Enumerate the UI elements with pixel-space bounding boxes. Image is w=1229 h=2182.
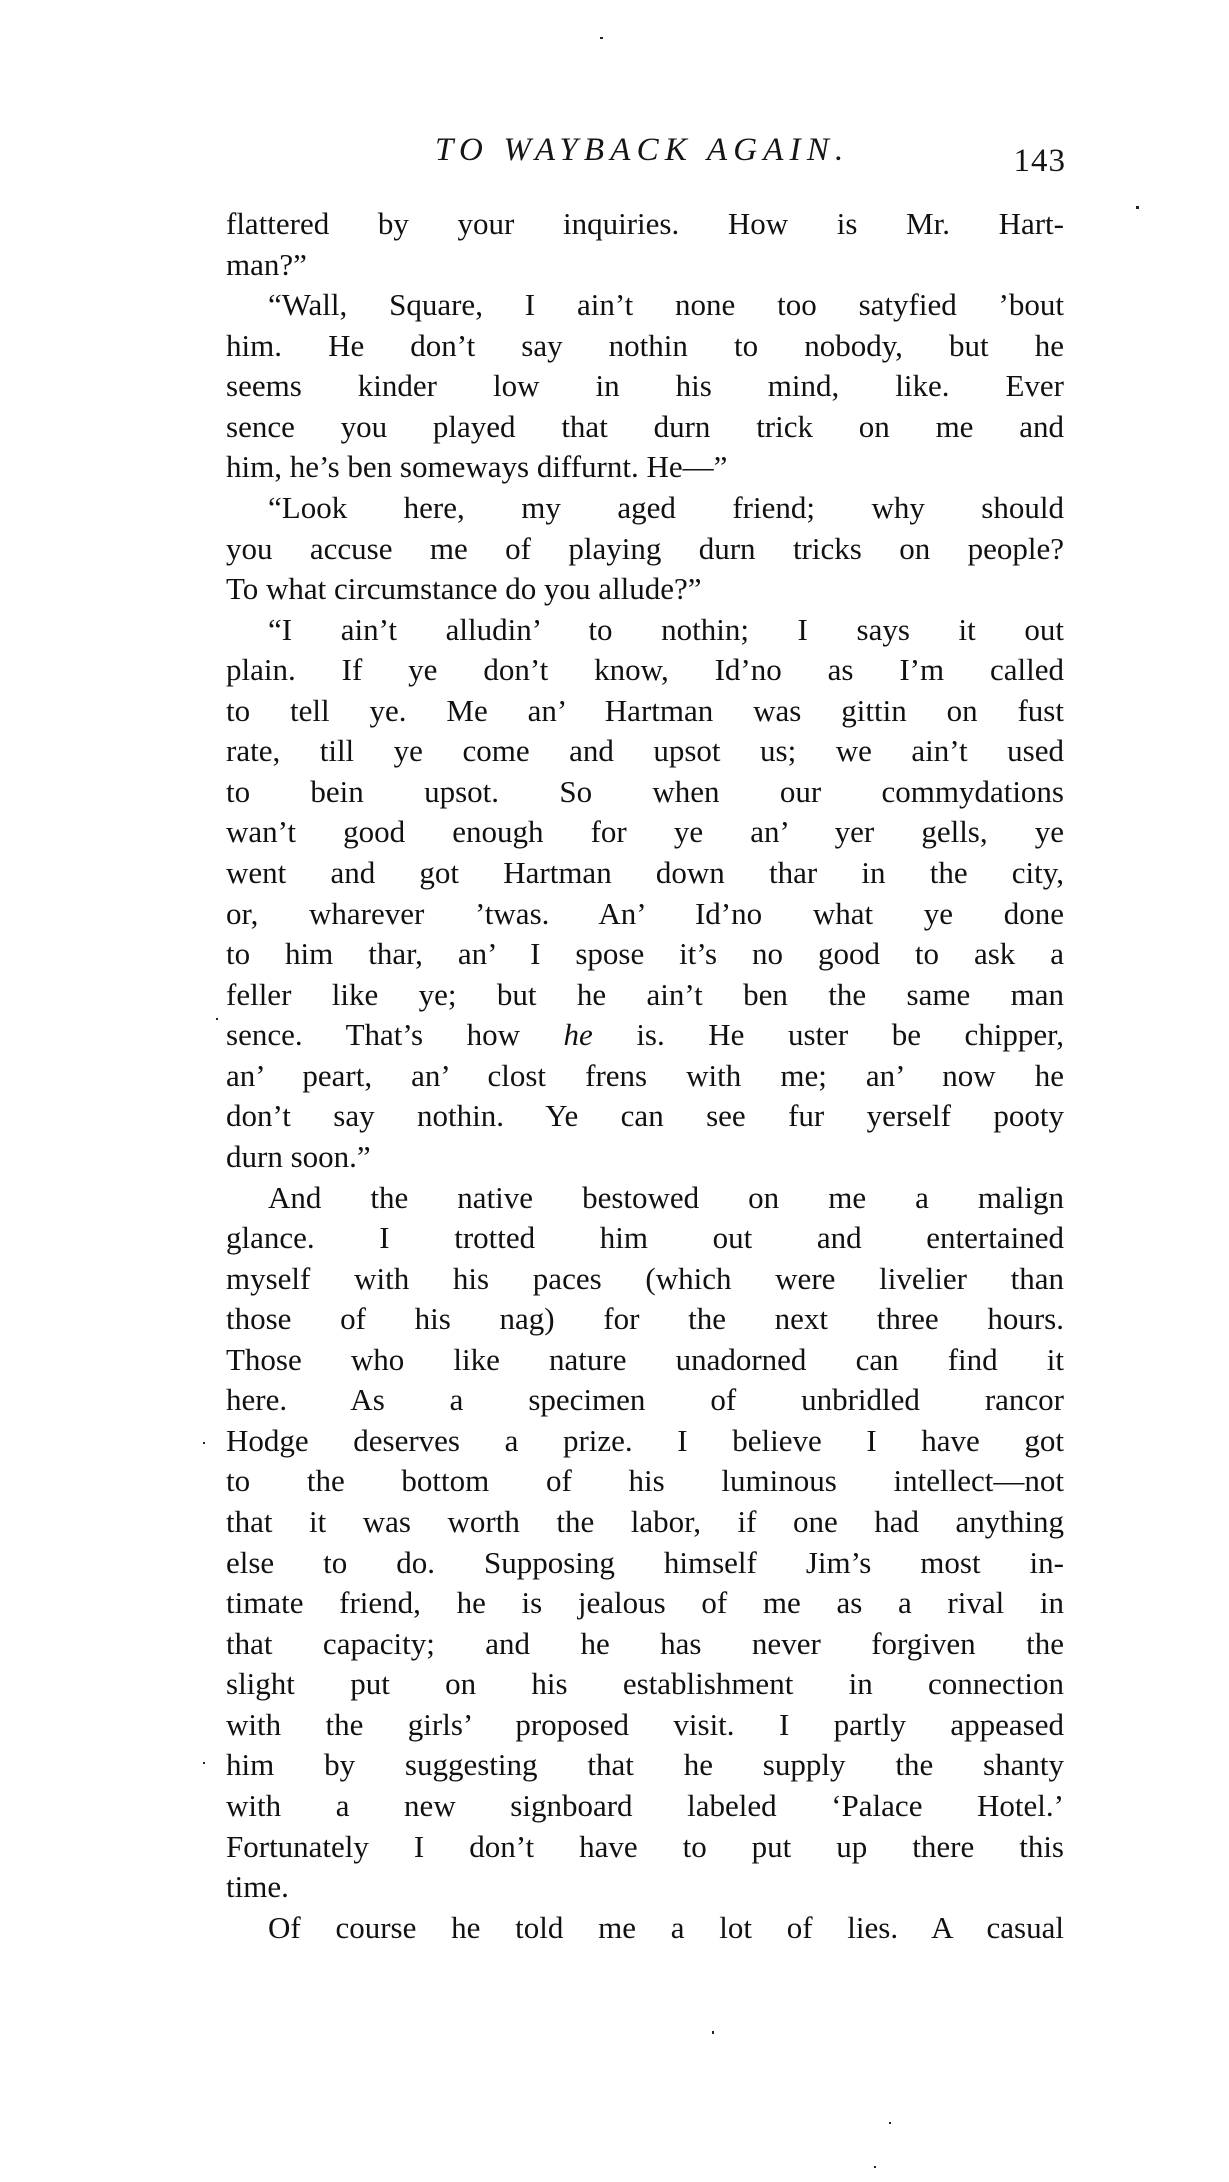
text-line: timate friend, he is jealous of me as a … (226, 1583, 1064, 1624)
text-line: to tell ye. Me an’ Hartman was gittin on… (226, 691, 1064, 732)
running-head: TO WAYBACK AGAIN. (435, 128, 860, 172)
text-line: To what circumstance do you allude?” (226, 569, 1064, 610)
text-line: Hodge deserves a prize. I believe I have… (226, 1421, 1064, 1462)
text-line: to bein upsot. So when our commydations (226, 772, 1064, 813)
text-line: you accuse me of playing durn tricks on … (226, 529, 1064, 570)
text-line: myself with his paces (which were liveli… (226, 1259, 1064, 1300)
text-line: And the native bestowed on me a malign (226, 1178, 1064, 1219)
text-line: or, wharever ’twas. An’ Id’no what ye do… (226, 894, 1064, 935)
text-line: sence you played that durn trick on me a… (226, 407, 1064, 448)
page-number: 143 (1004, 138, 1066, 184)
text-line: rate, till ye come and upsot us; we ain’… (226, 731, 1064, 772)
text-line: time. (226, 1867, 1064, 1908)
text-line: with a new signboard labeled ‘Palace Hot… (226, 1786, 1064, 1827)
text-line: seems kinder low in his mind, like. Ever (226, 366, 1064, 407)
text-line: with the girls’ proposed visit. I partly… (226, 1705, 1064, 1746)
text-line: flattered by your inquiries. How is Mr. … (226, 204, 1064, 245)
scan-speck (1136, 206, 1139, 209)
text-line: an’ peart, an’ clost frens with me; an’ … (226, 1056, 1064, 1097)
text-line: man?” (226, 245, 1064, 286)
text-line: that it was worth the labor, if one had … (226, 1502, 1064, 1543)
text-line: here. As a specimen of unbridled rancor (226, 1380, 1064, 1421)
text-line: went and got Hartman down thar in the ci… (226, 853, 1064, 894)
scan-speck (600, 37, 603, 39)
text-line: Fortunately I don’t have to put up there… (226, 1827, 1064, 1868)
text-line: slight put on his establishment in conne… (226, 1664, 1064, 1705)
text-line: to the bottom of his luminous intellect—… (226, 1461, 1064, 1502)
text-line: him. He don’t say nothin to nobody, but … (226, 326, 1064, 367)
book-page: TO WAYBACK AGAIN. 143 flattered by your … (0, 0, 1229, 2182)
scan-speck (712, 2031, 714, 2034)
scan-speck (889, 2122, 891, 2124)
text-line: Those who like nature unadorned can find… (226, 1340, 1064, 1381)
text-line: sence. That’s how he is. He uster be chi… (226, 1015, 1064, 1056)
text-line: durn soon.” (226, 1137, 1064, 1178)
text-line: wan’t good enough for ye an’ yer gells, … (226, 812, 1064, 853)
text-line: him, he’s ben someways diffurnt. He—” (226, 447, 1064, 488)
body-text: flattered by your inquiries. How is Mr. … (226, 204, 1064, 1948)
text-line: to him thar, an’ I spose it’s no good to… (226, 934, 1064, 975)
scan-speck (203, 1762, 205, 1764)
text-line: “Wall, Square, I ain’t none too satyfied… (226, 285, 1064, 326)
text-line: plain. If ye don’t know, Id’no as I’m ca… (226, 650, 1064, 691)
text-line: “Look here, my aged friend; why should (226, 488, 1064, 529)
text-line: Of course he told me a lot of lies. A ca… (226, 1908, 1064, 1949)
scan-speck (203, 1442, 205, 1444)
text-line: him by suggesting that he supply the sha… (226, 1745, 1064, 1786)
text-line: those of his nag) for the next three hou… (226, 1299, 1064, 1340)
scan-speck (216, 1018, 218, 1020)
text-line: that capacity; and he has never forgiven… (226, 1624, 1064, 1665)
italic-emphasis: he (564, 1017, 593, 1052)
text-line: “I ain’t alludin’ to nothin; I says it o… (226, 610, 1064, 651)
text-line: feller like ye; but he ain’t ben the sam… (226, 975, 1064, 1016)
scan-speck (874, 2166, 876, 2168)
text-line: don’t say nothin. Ye can see fur yerself… (226, 1096, 1064, 1137)
text-line: glance. I trotted him out and entertaine… (226, 1218, 1064, 1259)
text-line: else to do. Supposing himself Jim’s most… (226, 1543, 1064, 1584)
